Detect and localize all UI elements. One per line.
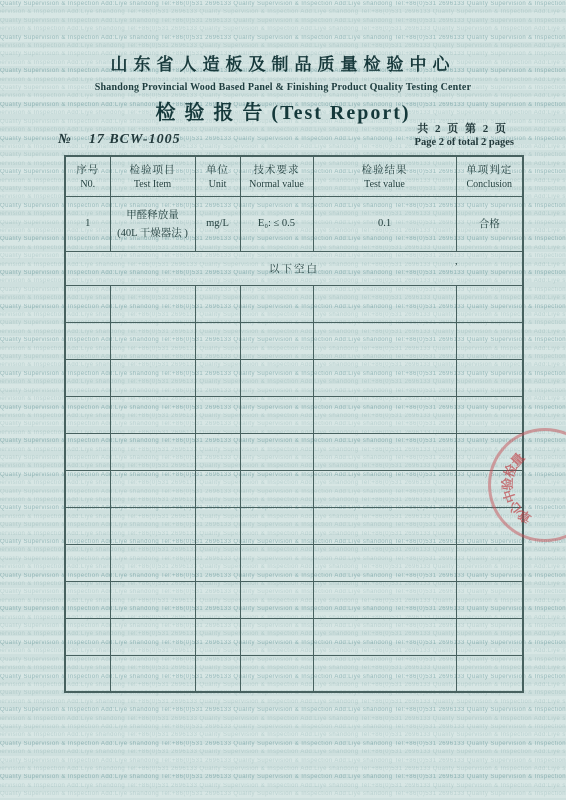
column-header-6: 单项判定Conclusion xyxy=(456,156,523,196)
column-header-4: 技术要求Normal value xyxy=(240,156,313,196)
empty-row xyxy=(65,470,523,507)
blank-below-label: 以下空白 xyxy=(269,264,319,275)
page-count-en: Page 2 of total 2 pages xyxy=(415,137,514,148)
table-header-row: 序号N0.检验项目Test Item单位Unit技术要求Normal value… xyxy=(65,156,523,196)
org-name-en: Shandong Provincial Wood Based Panel & F… xyxy=(0,82,566,93)
report-content: 山东省人造板及制品质量检验中心 Shandong Provincial Wood… xyxy=(0,0,566,800)
page-count-cn: 共 2 页 第 2 页 xyxy=(417,120,508,136)
cell-conclusion: 合格 xyxy=(456,196,523,251)
report-number: №17 BCW-1005 xyxy=(58,132,181,148)
empty-row xyxy=(65,285,523,322)
blank-below-row: 以下空白 ʼ xyxy=(65,251,523,285)
test-item-line2: (40L 干燥器法 ) xyxy=(111,225,195,240)
test-item-line1: 甲醛释放量 xyxy=(111,207,195,222)
cell-test-value: 0.1 xyxy=(313,196,456,251)
result-row-1: 1 甲醛释放量 (40L 干燥器法 ) mg/L E₀: ≤ 0.5 0.1 合… xyxy=(65,196,523,251)
column-header-3: 单位Unit xyxy=(195,156,240,196)
report-number-value: 17 BCW-1005 xyxy=(89,132,181,147)
cell-unit: mg/L xyxy=(195,196,240,251)
empty-row xyxy=(65,507,523,544)
no-symbol: № xyxy=(58,132,71,147)
empty-row xyxy=(65,322,523,359)
empty-row xyxy=(65,359,523,396)
org-name-cn: 山东省人造板及制品质量检验中心 xyxy=(0,50,566,75)
report-page: Quality Supervision & Inspection Add:Liy… xyxy=(0,0,566,800)
empty-row xyxy=(65,396,523,433)
empty-row xyxy=(65,618,523,655)
column-header-1: 序号N0. xyxy=(65,156,110,196)
empty-row xyxy=(65,544,523,581)
empty-row xyxy=(65,433,523,470)
empty-row xyxy=(65,655,523,692)
stray-mark: ʼ xyxy=(454,261,458,273)
cell-normal-value: E₀: ≤ 0.5 xyxy=(240,196,313,251)
empty-row xyxy=(65,581,523,618)
cell-serial-no: 1 xyxy=(65,196,110,251)
column-header-5: 检验结果Test value xyxy=(313,156,456,196)
column-header-2: 检验项目Test Item xyxy=(110,156,195,196)
test-results-table: 序号N0.检验项目Test Item单位Unit技术要求Normal value… xyxy=(64,155,524,693)
cell-test-item: 甲醛释放量 (40L 干燥器法 ) xyxy=(110,196,195,251)
